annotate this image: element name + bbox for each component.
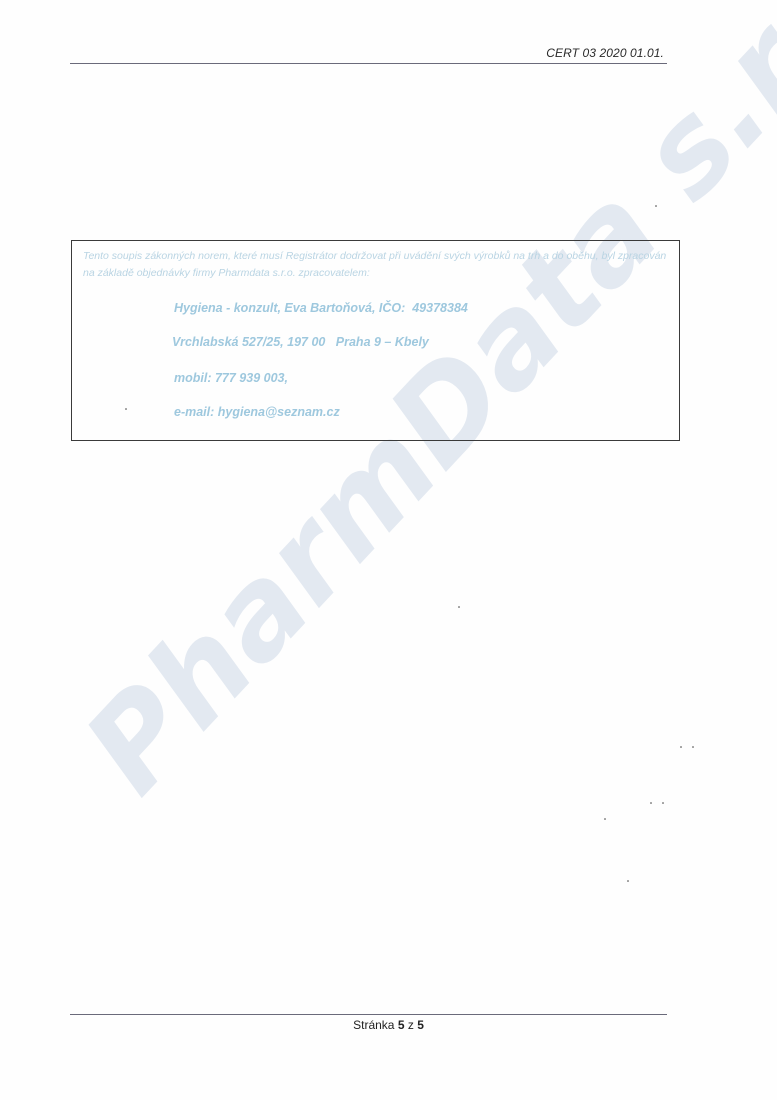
watermark: PharmData s.r.o. bbox=[0, 0, 777, 1100]
page-number: Stránka 5 z 5 bbox=[0, 1018, 777, 1032]
scan-speck bbox=[680, 746, 682, 748]
document-page: PharmData s.r.o. CERT 03 2020 01.01. Ten… bbox=[0, 0, 777, 1100]
page-label: Stránka bbox=[353, 1018, 394, 1032]
footer-divider bbox=[70, 1014, 667, 1015]
scan-speck bbox=[125, 408, 127, 410]
page-separator: z bbox=[408, 1018, 414, 1032]
scan-speck bbox=[650, 802, 652, 804]
current-page: 5 bbox=[398, 1018, 405, 1032]
scan-speck bbox=[627, 880, 629, 882]
scan-speck bbox=[655, 205, 657, 207]
scan-speck bbox=[458, 606, 460, 608]
contact-email: e-mail: hygiena@seznam.cz bbox=[174, 405, 340, 419]
processor-info-box: Tento soupis zákonných norem, které musí… bbox=[71, 240, 680, 441]
scan-speck bbox=[692, 746, 694, 748]
contact-address: Vrchlabská 527/25, 197 00 Praha 9 – Kbel… bbox=[172, 335, 429, 349]
contact-phone: mobil: 777 939 003, bbox=[174, 371, 288, 385]
header-divider bbox=[70, 63, 667, 64]
contact-name: Hygiena - konzult, Eva Bartoňová, IČO: 4… bbox=[174, 301, 468, 315]
scan-speck bbox=[604, 818, 606, 820]
intro-text: Tento soupis zákonných norem, které musí… bbox=[83, 248, 678, 282]
document-code: CERT 03 2020 01.01. bbox=[546, 46, 664, 60]
total-pages: 5 bbox=[417, 1018, 424, 1032]
scan-speck bbox=[662, 802, 664, 804]
